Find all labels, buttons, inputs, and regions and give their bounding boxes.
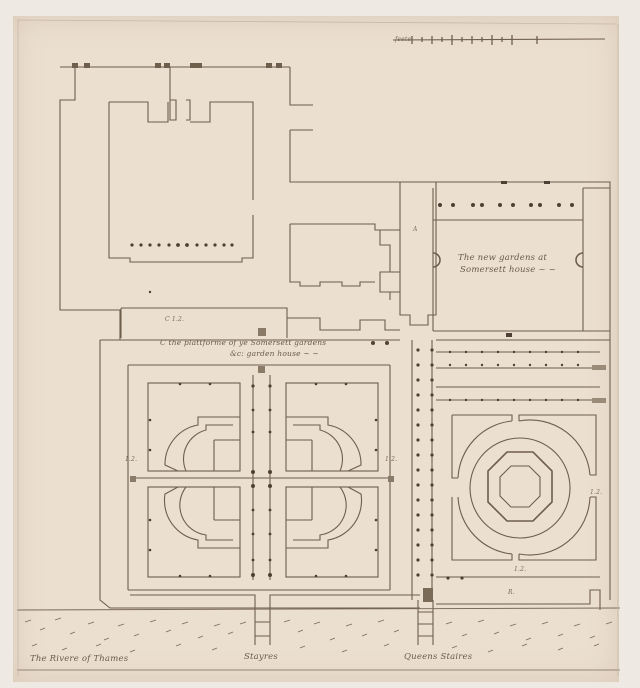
central-colonnade bbox=[412, 340, 434, 645]
east-mark: 1.2. bbox=[590, 488, 602, 498]
knot-mark-east: 1.2. bbox=[385, 455, 397, 465]
house-outline bbox=[60, 63, 610, 345]
new-garden-annotation-line1: The new gardens at bbox=[458, 253, 547, 263]
scale-bar-label: feete bbox=[395, 35, 411, 45]
old-garden-annotation-line1: C the plattforme of ye Somersett gardens bbox=[160, 338, 326, 348]
old-garden-parterre bbox=[100, 340, 420, 645]
new-garden-annotation-line2: Somersett house ~ ~ bbox=[460, 265, 556, 275]
scale-bar bbox=[393, 35, 605, 45]
lower-mark: R. bbox=[508, 588, 515, 598]
stairs-label: Stayres bbox=[244, 652, 278, 662]
knot-mark-west: 1.2. bbox=[125, 455, 137, 465]
hall-mark: A bbox=[413, 225, 418, 235]
court-mark: C 1.2. bbox=[165, 315, 184, 325]
queens-stairs-label: Queens Staires bbox=[404, 652, 472, 662]
south-mark: 1.2. bbox=[514, 565, 526, 575]
river-label: The Rivere of Thames bbox=[30, 654, 128, 664]
sheet-frame bbox=[17, 20, 618, 676]
old-garden-annotation-line2: &c: garden house ~ ~ bbox=[230, 349, 319, 359]
